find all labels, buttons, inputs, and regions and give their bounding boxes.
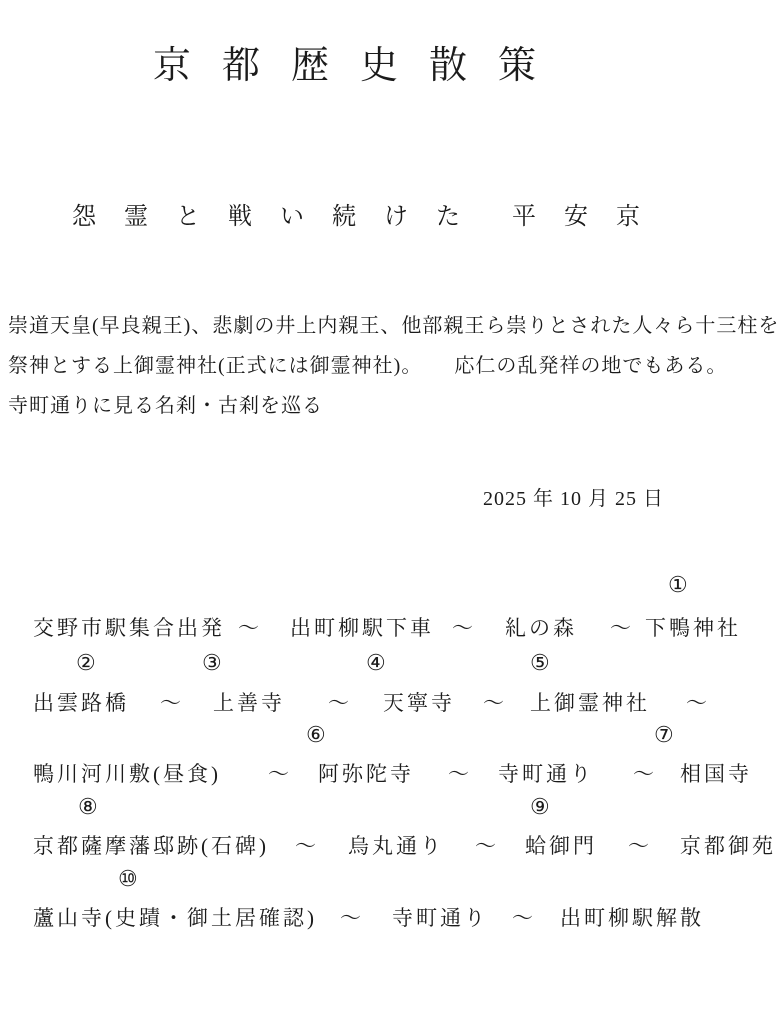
itinerary-marker-row-1: ① <box>0 572 781 608</box>
document-subtitle: 怨霊と戦い続けた平安京 <box>72 196 668 231</box>
stop-name: 天寧寺 <box>383 687 455 717</box>
stop-marker-3: ③ <box>202 650 222 676</box>
intro-line-3: 寺町通りに見る名刹・古刹を巡る <box>8 386 773 426</box>
route-separator: ～ <box>268 758 289 788</box>
intro-paragraph: 崇道天皇(早良親王)、悲劇の井上内親王、他部親王ら祟りとされた人々ら十三柱を 祭… <box>8 306 773 426</box>
route-separator: ～ <box>238 612 259 642</box>
stop-marker-2: ② <box>76 650 96 676</box>
intro-line-2: 祭神とする上御霊神社(正式には御霊神社)。 応仁の乱発祥の地でもある。 <box>8 346 773 386</box>
stop-marker-7: ⑦ <box>654 722 674 748</box>
stop-name: 京都薩摩藩邸跡(石碑) <box>33 830 269 860</box>
route-separator: ～ <box>448 758 469 788</box>
stop-name: 阿弥陀寺 <box>318 758 414 788</box>
stop-name: 相国寺 <box>680 758 752 788</box>
document-page: 京都歴史散策 怨霊と戦い続けた平安京 崇道天皇(早良親王)、悲劇の井上内親王、他… <box>0 0 781 1024</box>
stop-name: 烏丸通り <box>348 830 444 860</box>
stop-marker-5: ⑤ <box>530 650 550 676</box>
stop-name: 交野市駅集合出発 <box>33 612 225 642</box>
itinerary-marker-row-4: ⑧ ⑨ <box>0 794 781 830</box>
stop-marker-9: ⑨ <box>530 794 550 820</box>
route-separator: ～ <box>686 687 707 717</box>
stop-name: 上御霊神社 <box>530 687 650 717</box>
stop-name: 蘆山寺(史蹟・御土居確認) <box>33 902 317 932</box>
itinerary-route-row-1: 交野市駅集合出発 ～ 出町柳駅下車 ～ 糺の森 ～ 下鴨神社 <box>0 612 781 648</box>
route-separator: ～ <box>610 612 631 642</box>
document-title: 京都歴史散策 <box>153 34 567 89</box>
stop-name: 出町柳駅下車 <box>290 612 434 642</box>
stop-name: 寺町通り <box>498 758 594 788</box>
route-separator: ～ <box>340 902 361 932</box>
route-separator: ～ <box>475 830 496 860</box>
stop-name: 京都御苑 <box>680 830 776 860</box>
stop-name: 上善寺 <box>213 687 285 717</box>
subtitle-part1: 怨霊と戦い続けた <box>72 204 488 230</box>
itinerary-marker-row-5: ⑩ <box>0 866 781 902</box>
route-separator: ～ <box>628 830 649 860</box>
stop-name: 出町柳駅解散 <box>560 902 704 932</box>
stop-marker-6: ⑥ <box>306 722 326 748</box>
stop-name: 寺町通り <box>392 902 488 932</box>
route-separator: ～ <box>483 687 504 717</box>
itinerary-route-row-2: 出雲路橋 ～ 上善寺 ～ 天寧寺 ～ 上御霊神社 ～ <box>0 687 781 723</box>
stop-name: 鴨川河川敷(昼食) <box>33 758 221 788</box>
stop-marker-1: ① <box>668 572 688 598</box>
document-date: 2025 年 10 月 25 日 <box>483 482 664 511</box>
stop-marker-4: ④ <box>366 650 386 676</box>
route-separator: ～ <box>328 687 349 717</box>
route-separator: ～ <box>633 758 654 788</box>
route-separator: ～ <box>295 830 316 860</box>
stop-name: 下鴨神社 <box>645 612 741 642</box>
stop-marker-10: ⑩ <box>118 866 138 892</box>
stop-name: 糺の森 <box>505 612 577 642</box>
itinerary-marker-row-2: ② ③ ④ ⑤ <box>0 650 781 686</box>
route-separator: ～ <box>512 902 533 932</box>
itinerary-route-row-3: 鴨川河川敷(昼食) ～ 阿弥陀寺 ～ 寺町通り ～ 相国寺 <box>0 758 781 794</box>
route-separator: ～ <box>452 612 473 642</box>
intro-line-1: 崇道天皇(早良親王)、悲劇の井上内親王、他部親王ら祟りとされた人々ら十三柱を <box>8 306 773 346</box>
itinerary-marker-row-3: ⑥ ⑦ <box>0 722 781 758</box>
subtitle-part2: 平安京 <box>512 204 668 230</box>
stop-name: 出雲路橋 <box>33 687 129 717</box>
itinerary-route-row-5: 蘆山寺(史蹟・御土居確認) ～ 寺町通り ～ 出町柳駅解散 <box>0 902 781 938</box>
stop-name: 蛤御門 <box>525 830 597 860</box>
itinerary-route-row-4: 京都薩摩藩邸跡(石碑) ～ 烏丸通り ～ 蛤御門 ～ 京都御苑 <box>0 830 781 866</box>
route-separator: ～ <box>160 687 181 717</box>
stop-marker-8: ⑧ <box>78 794 98 820</box>
